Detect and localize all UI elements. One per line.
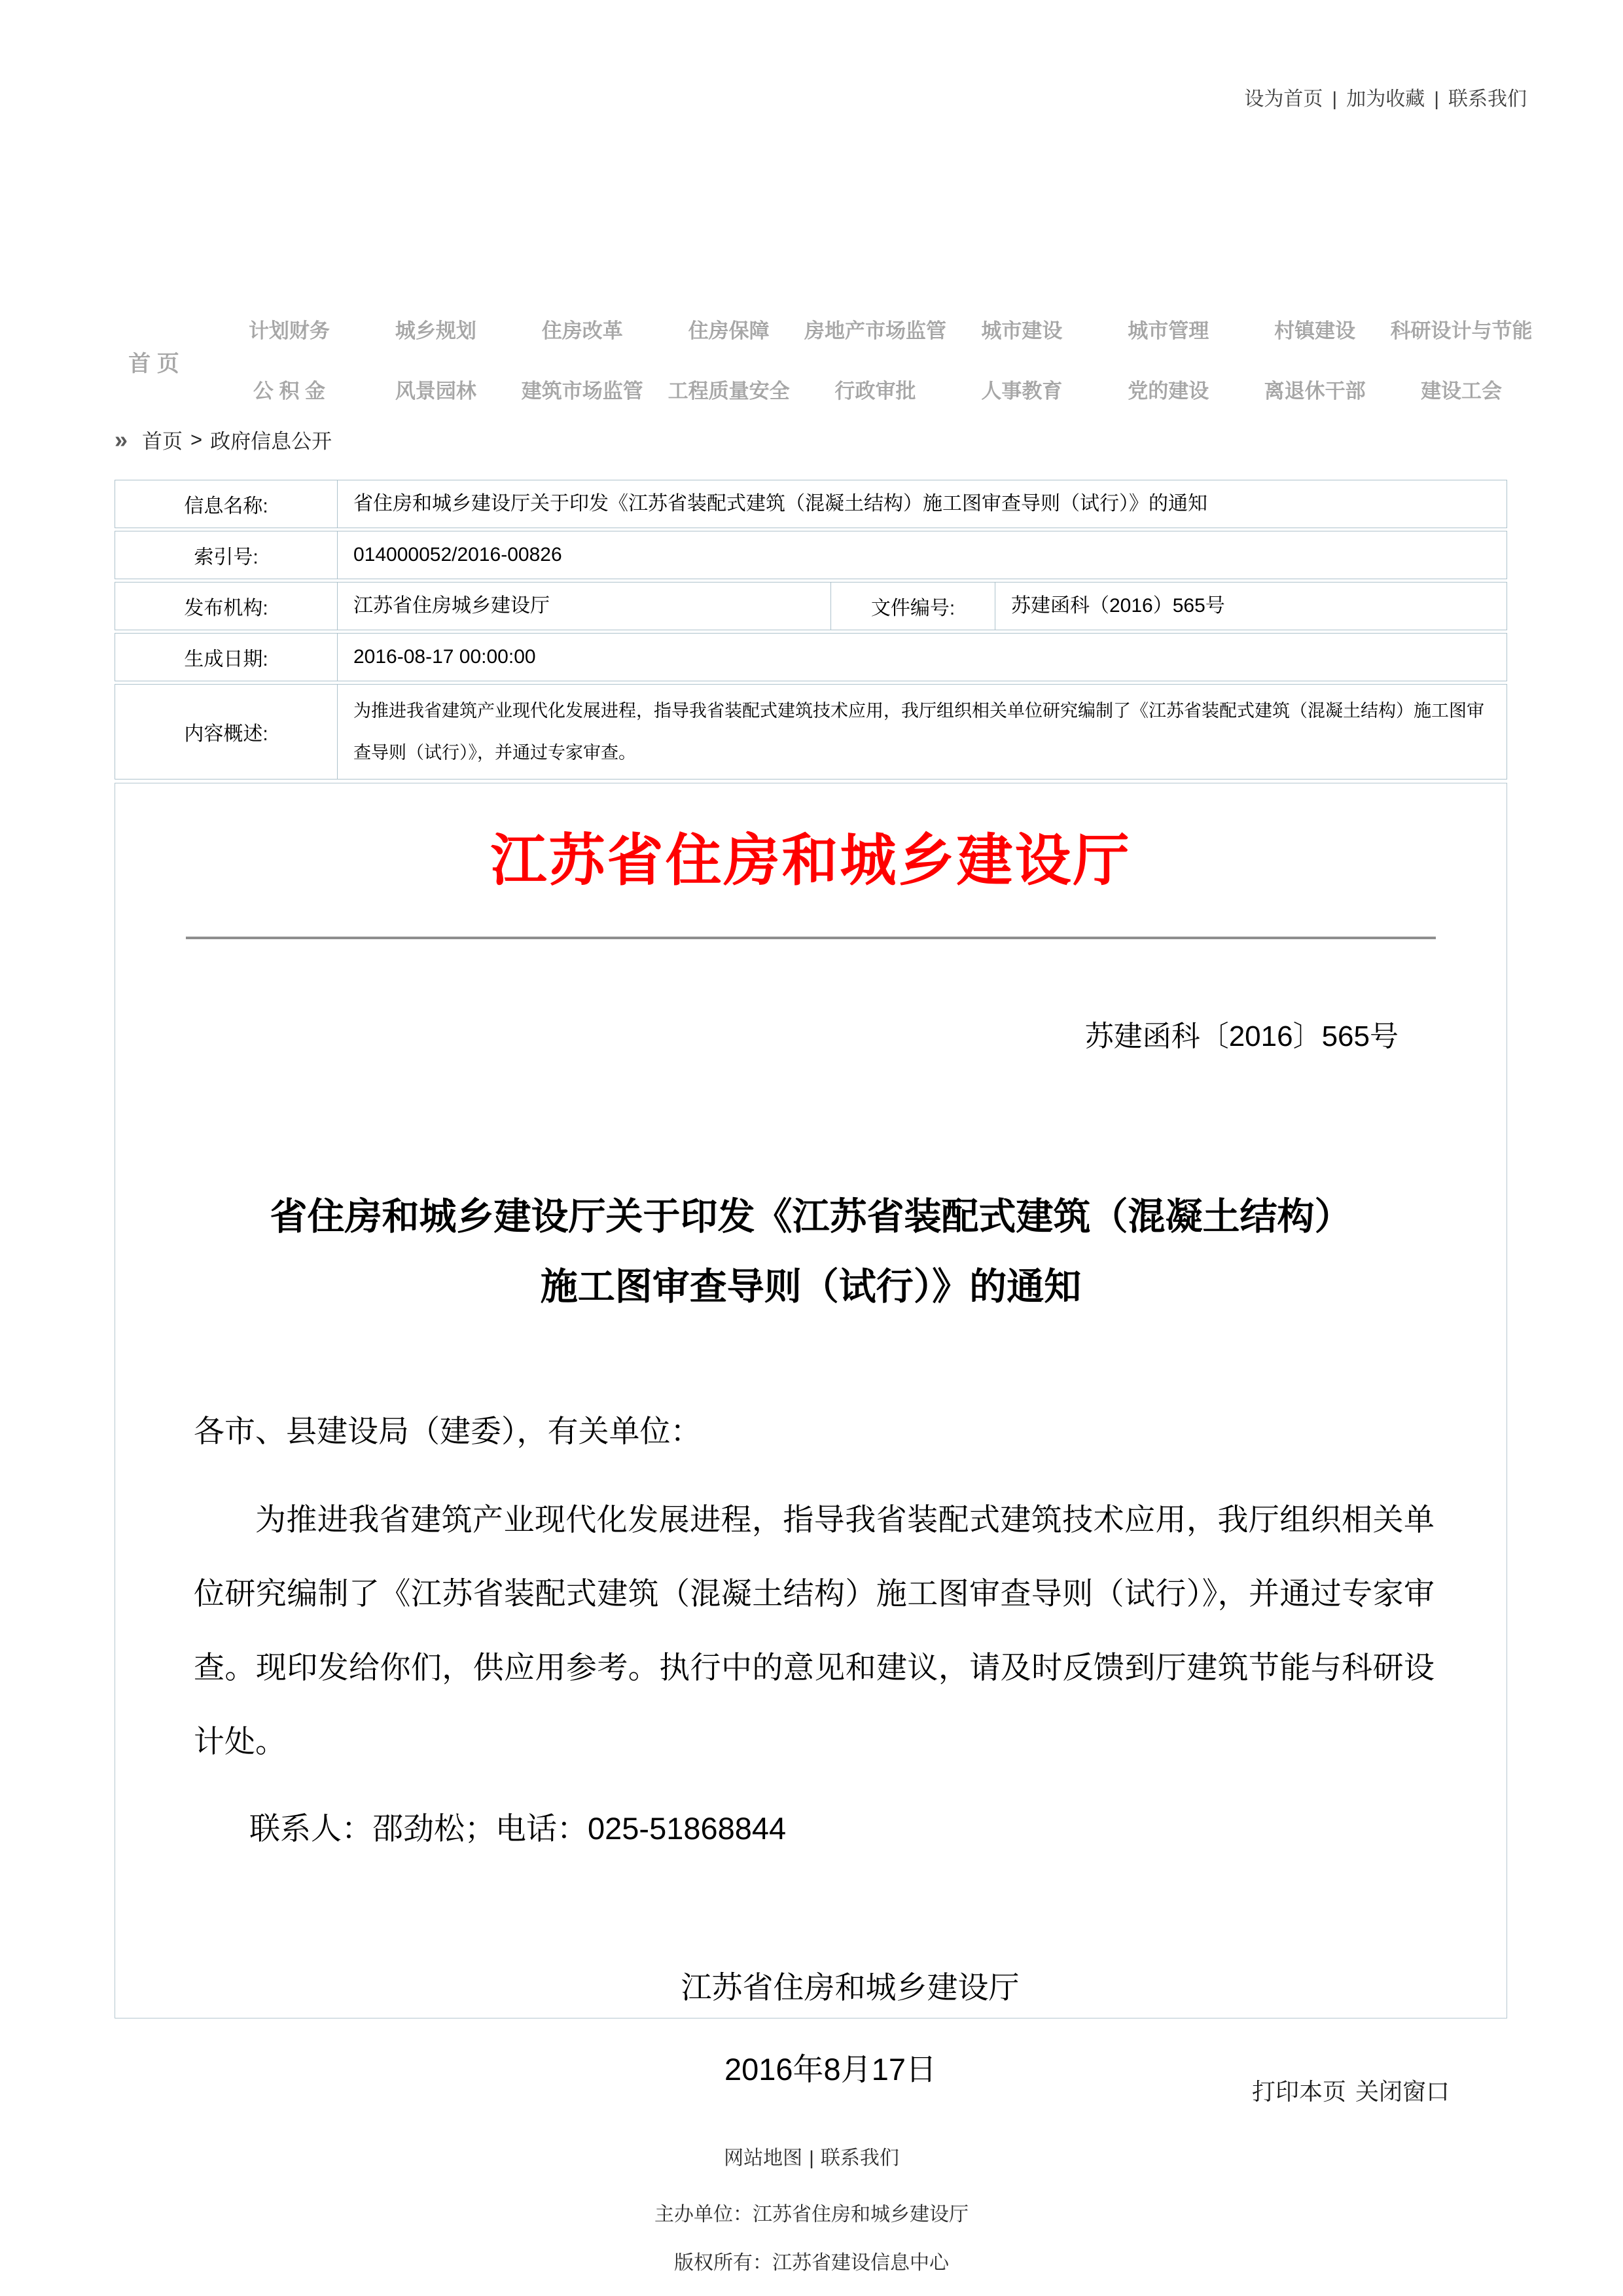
nav-link-landscape-garden[interactable]: 风景园林 [363,378,509,404]
nav-col: 城市管理 党的建设 [1095,318,1241,404]
contact-us-link[interactable]: 联系我们 [1448,88,1527,110]
sitemap-link[interactable]: 网站地图 [724,2147,802,2169]
nav-item-home[interactable]: 首 页 [92,318,216,404]
topbar-separator-1: | [1332,88,1337,110]
document-number: 苏建函科〔2016〕565号 [115,1013,1507,1054]
document-title: 省住房和城乡建设厅关于印发《江苏省装配式建筑（混凝土结构） 施工图审查导则（试行… [115,1182,1507,1322]
title-divider [186,937,1436,939]
document-paragraph: 为推进我省建筑产业现代化发展进程，指导我省装配式建筑技术应用，我厅组织相关单位研… [194,1482,1435,1778]
info-name-label: 信息名称: [115,480,338,528]
table-row-index-no: 索引号: 014000052/2016-00826 [115,531,1507,579]
nav-col: 科研设计与节能 建设工会 [1388,318,1535,404]
contact-line: 联系人：邵劲松；电话：025-51868844 [249,1791,1435,1865]
document-title-line2: 施工图审查导则（试行）》的通知 [115,1252,1507,1322]
publisher-label: 发布机构: [115,583,338,630]
breadcrumb-home-link[interactable]: 首页 [142,425,183,454]
date-value: 2016-08-17 00:00:00 [338,634,1507,681]
nav-link-housing-reform[interactable]: 住房改革 [509,318,656,344]
main-nav: 首 页 计划财务 公 积 金 城乡规划 风景园林 住房改革 建筑市场监管 住房保… [92,318,1535,404]
double-chevron-icon: » [115,426,128,454]
nav-link-planning-finance[interactable]: 计划财务 [216,318,363,344]
publisher-value: 江苏省住房城乡建设厅 [338,583,830,630]
doc-no-value: 苏建函科（2016）565号 [995,583,1507,630]
footer-copyright: 版权所有：江苏省建设信息中心 [0,2246,1623,2275]
nav-link-urban-management[interactable]: 城市管理 [1095,318,1241,344]
nav-link-admin-approval[interactable]: 行政审批 [802,378,949,404]
nav-col: 城乡规划 风景园林 [363,318,509,404]
nav-link-construction-union[interactable]: 建设工会 [1388,378,1535,404]
page-actions: 打印本页关闭窗口 [1252,2073,1450,2107]
nav-col: 城市建设 人事教育 [948,318,1095,404]
doc-no-label: 文件编号: [830,583,995,630]
date-label: 生成日期: [115,634,338,681]
nav-link-real-estate-regulation[interactable]: 房地产市场监管 [802,318,949,344]
close-window-button[interactable]: 关闭窗口 [1355,2078,1450,2105]
print-page-button[interactable]: 打印本页 [1252,2078,1346,2105]
breadcrumb-separator: > [190,428,202,452]
nav-link-housing-security[interactable]: 住房保障 [656,318,802,344]
table-row-date: 生成日期: 2016-08-17 00:00:00 [115,633,1507,681]
nav-link-village-construction[interactable]: 村镇建设 [1241,318,1388,344]
index-no-label: 索引号: [115,531,338,579]
document-title-line1: 省住房和城乡建设厅关于印发《江苏省装配式建筑（混凝土结构） [115,1182,1507,1252]
signature-block: 江苏省住房和城乡建设厅 2016年8月17日 [115,1964,1507,2089]
footer-contact-link[interactable]: 联系我们 [821,2147,899,2169]
nav-col: 计划财务 公 积 金 [216,318,363,404]
nav-link-party-building[interactable]: 党的建设 [1095,378,1241,404]
footer-organizer: 主办单位：江苏省住房和城乡建设厅 [0,2198,1623,2227]
footer-separator: | [809,2147,814,2169]
table-row-info-name: 信息名称: 省住房和城乡建设厅关于印发《江苏省装配式建筑（混凝土结构）施工图审查… [115,480,1507,528]
set-home-link[interactable]: 设为首页 [1244,88,1323,110]
signature-org: 江苏省住房和城乡建设厅 [154,1964,1546,2007]
footer-links: 网站地图|联系我们 [0,2142,1623,2170]
nav-col: 房地产市场监管 行政审批 [802,318,949,404]
nav-col: 住房改革 建筑市场监管 [509,318,656,404]
summary-label: 内容概述: [115,685,338,779]
nav-col: 村镇建设 离退休干部 [1241,318,1388,404]
table-row-summary: 内容概述: 为推进我省建筑产业现代化发展进程，指导我省装配式建筑技术应用，我厅组… [115,684,1507,780]
nav-link-quality-safety[interactable]: 工程质量安全 [656,378,802,404]
topbar-separator-2: | [1434,88,1439,110]
breadcrumb-current[interactable]: 政府信息公开 [210,425,332,454]
nav-link-personnel-education[interactable]: 人事教育 [948,378,1095,404]
document-body: 江苏省住房和城乡建设厅 苏建函科〔2016〕565号 省住房和城乡建设厅关于印发… [115,783,1507,2018]
nav-col: 住房保障 工程质量安全 [656,318,802,404]
info-table: 信息名称: 省住房和城乡建设厅关于印发《江苏省装配式建筑（混凝土结构）施工图审查… [115,480,1507,782]
index-no-value: 014000052/2016-00826 [338,531,1507,579]
salutation: 各市、县建设局（建委），有关单位： [194,1407,1435,1451]
add-favorite-link[interactable]: 加为收藏 [1346,88,1425,110]
nav-link-urban-rural-planning[interactable]: 城乡规划 [363,318,509,344]
nav-link-research-design-energy[interactable]: 科研设计与节能 [1388,318,1535,344]
nav-link-urban-construction[interactable]: 城市建设 [948,318,1095,344]
nav-link-construction-market[interactable]: 建筑市场监管 [509,378,656,404]
agency-red-title: 江苏省住房和城乡建设厅 [115,815,1507,896]
summary-value: 为推进我省建筑产业现代化发展进程，指导我省装配式建筑技术应用，我厅组织相关单位研… [338,685,1507,779]
table-row-publisher: 发布机构: 江苏省住房城乡建设厅 文件编号: 苏建函科（2016）565号 [115,582,1507,630]
topbar: 设为首页|加为收藏|联系我们 [1244,82,1527,111]
nav-link-retired-cadres[interactable]: 离退休干部 [1241,378,1388,404]
nav-link-provident-fund[interactable]: 公 积 金 [216,378,363,404]
footer: 网站地图|联系我们 主办单位：江苏省住房和城乡建设厅 版权所有：江苏省建设信息中… [0,2142,1623,2275]
info-name-value: 省住房和城乡建设厅关于印发《江苏省装配式建筑（混凝土结构）施工图审查导则（试行）… [338,480,1507,528]
breadcrumb: » 首页 > 政府信息公开 [115,425,332,454]
